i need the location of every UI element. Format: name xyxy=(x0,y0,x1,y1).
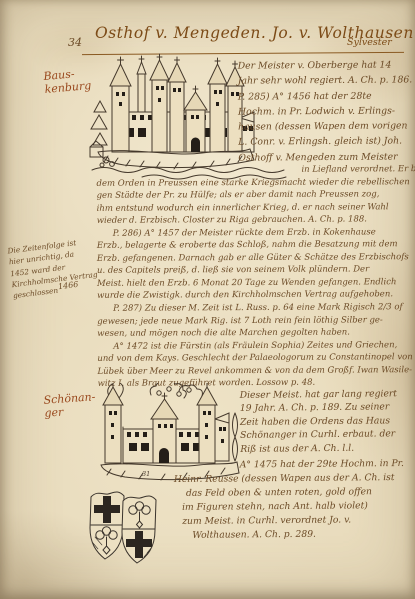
castle-gate-tower xyxy=(151,393,178,463)
gate-door xyxy=(191,138,200,153)
page-number: 34 xyxy=(68,36,82,49)
castle-tower xyxy=(168,57,186,152)
foliage-sketch xyxy=(150,383,202,398)
manuscript-line: L. Conr. v. Erlingsh. gleich ist) Joh. xyxy=(238,134,414,151)
castle-drawing-mark: 31 xyxy=(142,470,150,478)
manuscript-page: 34 Osthof v. Mengeden. Jo. v. Wolthausen… xyxy=(0,0,415,599)
coat-of-arms-right xyxy=(122,496,156,563)
manuscript-line: Wolthausen. A. Ch. p. 289. xyxy=(192,527,412,543)
tree-sketch xyxy=(233,413,238,461)
page-title-suffix: Sylvester xyxy=(347,37,392,48)
manuscript-line: Riß ist aus der A. Ch. l.l. xyxy=(240,441,414,456)
manuscript-line: P. 287) Zu dieser M. Zeit ist L. Russ. p… xyxy=(113,301,412,315)
castle-tower xyxy=(150,54,169,152)
text-block-1: Der Meister v. Oberberge hat 14 Jahr seh… xyxy=(238,57,415,165)
manuscript-line: A° 1475 hat der 29te Hochm. in Pr. xyxy=(240,457,412,473)
text-block-4: A° 1475 hat der 29te Hochm. in Pr. Heinr… xyxy=(160,457,413,543)
castle-tower xyxy=(197,383,217,463)
manuscript-line: gewesen; jede neue Mark Rig. ist 7 Loth … xyxy=(97,314,412,328)
coat-of-arms-left xyxy=(90,492,124,559)
castle-tower xyxy=(208,58,227,152)
text-block-2: in Liefland verordnet. Er brachte dem Or… xyxy=(96,163,412,390)
manuscript-line: P. 285) A° 1456 hat der 28te xyxy=(238,88,414,105)
castle-tower xyxy=(110,57,131,152)
text-block-3: Dieser Meist. hat gar lang regiert 19 Ja… xyxy=(240,387,415,456)
tree-sketch-icon xyxy=(90,101,107,157)
manuscript-line: Heinr. Reusse (dessen Wapen aus der A. C… xyxy=(174,471,412,487)
castle-tower xyxy=(103,383,123,463)
manuscript-line: Lübek über Meer zu Revel ankommen & von … xyxy=(97,364,412,378)
margin-label-schoenanger: Schönan- ger xyxy=(43,390,97,420)
margin-label-line: ger xyxy=(44,403,97,420)
manuscript-line: Jahr sehr wohl regiert. A. Ch. p. 186. xyxy=(238,73,414,90)
castle-gate-tower xyxy=(184,86,207,152)
castle-turret xyxy=(137,56,146,112)
manuscript-line: in Liefland verordnet. Er brachte xyxy=(301,163,411,176)
manuscript-line: hausen (dessen Wapen dem vorigen xyxy=(238,119,414,136)
manuscript-line: Hochm. in Pr. Lodwich v. Erlings- xyxy=(238,103,414,120)
manuscript-line: gen Städte der Pr. zu Hülfe; als er aber… xyxy=(97,188,412,202)
manuscript-line: Schönanger in Curhl. erbaut. der xyxy=(240,427,414,442)
manuscript-line: Der Meister v. Oberberge hat 14 xyxy=(238,57,414,74)
margin-note: Die Zeitenfolge ist hier unrichtig, da 1… xyxy=(7,235,101,302)
